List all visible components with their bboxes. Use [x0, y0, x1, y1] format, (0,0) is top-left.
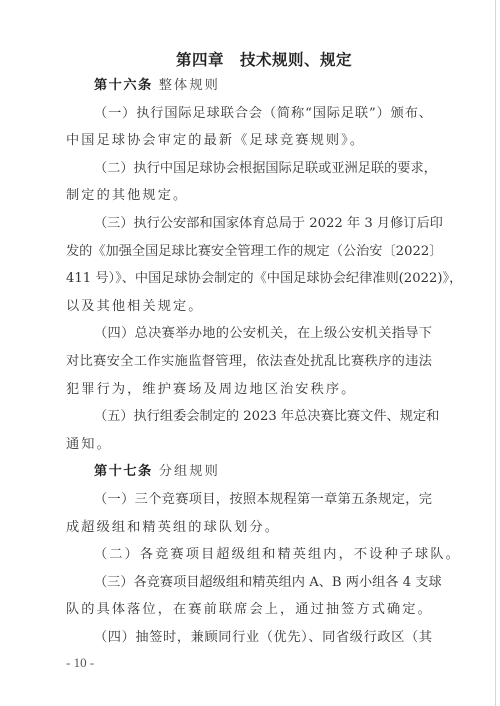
paragraph-line: （二）执行中国足球协会根据国际足联或亚洲足联的要求， [66, 155, 432, 183]
paragraph-line: （四）抽签时，兼顾同行业（优先）、同省级行政区（其 [66, 624, 432, 652]
document-page: 第四章 技术规则、规定 第十六条整体规则 （一）执行国际足球联合会（简称“国际足… [66, 48, 432, 651]
article-name: 分组规则 [159, 464, 220, 479]
paragraph-line: （一）三个竞赛项目，按照本规程第一章第五条规定，完 [66, 486, 432, 514]
paragraph-line: 成超级组和精英组的球队划分。 [66, 514, 432, 542]
paragraph-line: 犯罪行为，维护赛场及周边地区治安秩序。 [66, 376, 432, 404]
paragraph-line: 中国足球协会审定的最新《足球竞赛规则》。 [66, 127, 432, 155]
paragraph-line: （三）各竞赛项目超级组和精英组内 A、B 两小组各 4 支球 [66, 569, 432, 597]
paragraph-line: 队的具体落位，在赛前联席会上，通过抽签方式确定。 [66, 596, 432, 624]
article-number: 第十七条 [94, 464, 153, 479]
article-number: 第十六条 [94, 78, 153, 93]
page-edge-divider [495, 0, 496, 706]
paragraph-line: （四）总决赛举办地的公安机关，在上级公安机关指导下 [66, 320, 432, 348]
paragraph-line: 411 号）》、中国足球协会制定的《中国足球协会纪律准则(2022)》， [66, 265, 432, 293]
paragraph-line: 以及其他相关规定。 [66, 293, 432, 321]
paragraph-line: 通知。 [66, 431, 432, 459]
paragraph-line: 对比赛安全工作实施监督管理，依法查处扰乱比赛秩序的违法 [66, 348, 432, 376]
article-heading: 第十七条分组规则 [66, 458, 432, 486]
chapter-title: 第四章 技术规则、规定 [96, 48, 432, 72]
paragraph-line: （二）各竞赛项目超级组和精英组内，不设种子球队。 [66, 541, 432, 569]
paragraph-line: （三）执行公安部和国家体育总局于 2022 年 3 月修订后印 [66, 210, 432, 238]
paragraph-line: （一）执行国际足球联合会（简称“国际足联”）颁布、 [66, 100, 432, 128]
article-heading: 第十六条整体规则 [66, 72, 432, 100]
paragraph-line: 制定的其他规定。 [66, 182, 432, 210]
page-number: - 10 - [66, 655, 94, 671]
paragraph-line: 发的《加强全国足球比赛安全管理工作的规定（公治安〔2022〕 [66, 238, 432, 266]
paragraph-line: （五）执行组委会制定的 2023 年总决赛比赛文件、规定和 [66, 403, 432, 431]
article-name: 整体规则 [159, 78, 220, 93]
